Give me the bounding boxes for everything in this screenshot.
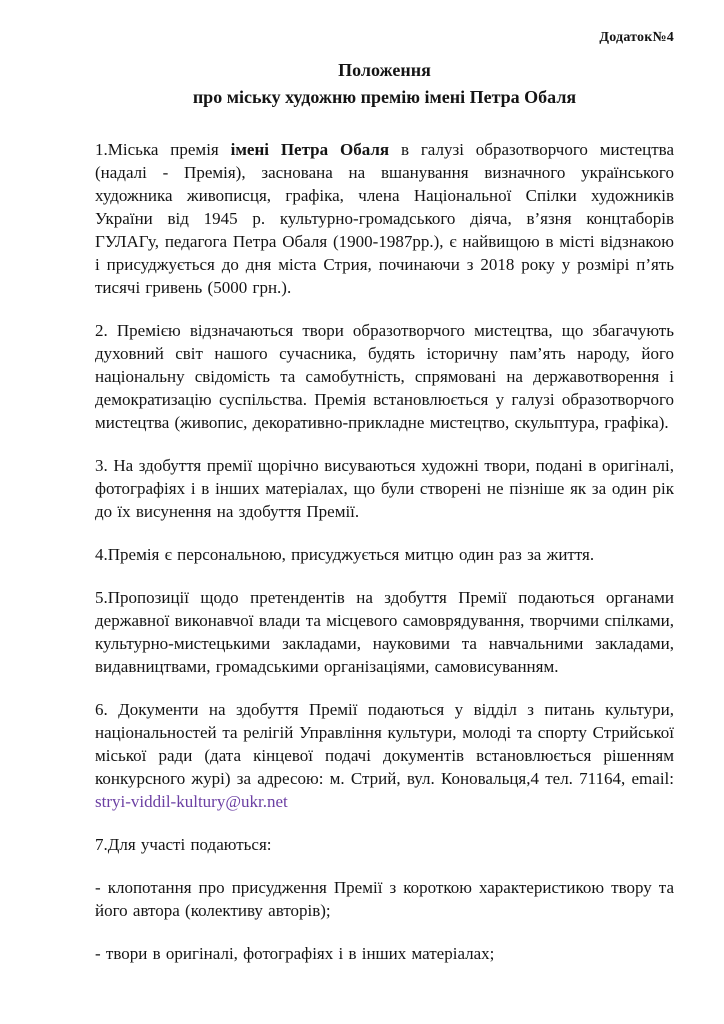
paragraph-6-text: 6. Документи на здобуття Премії подаютьс… <box>95 700 674 788</box>
paragraph-6: 6. Документи на здобуття Премії подаютьс… <box>95 698 674 813</box>
paragraph-4: 4.Премія є персональною, присуджується м… <box>95 543 674 566</box>
paragraph-3: 3. На здобуття премії щорічно висуваютьс… <box>95 454 674 523</box>
annex-label: Додаток№4 <box>95 30 674 46</box>
paragraph-1-prefix: 1.Міська премія <box>95 140 231 159</box>
paragraph-7: 7.Для участі подаються: <box>95 833 674 856</box>
bullet-item-1: - клопотання про присудження Премії з ко… <box>95 876 674 922</box>
email-link[interactable]: stryi-viddil-kultury@ukr.net <box>95 792 288 811</box>
document-subtitle: про міську художню премію імені Петра Об… <box>95 83 674 111</box>
paragraph-1: 1.Міська премія імені Петра Обаля в галу… <box>95 138 674 299</box>
paragraph-5: 5.Пропозиції щодо претендентів на здобут… <box>95 586 674 678</box>
document-page: Додаток№4 Положення про міську художню п… <box>0 0 724 1024</box>
paragraph-1-suffix: в галузі образотворчого мистецтва (надал… <box>95 140 674 297</box>
bullet-item-2: - твори в оригіналі, фотографіях і в інш… <box>95 942 674 965</box>
document-title: Положення <box>95 57 674 83</box>
paragraph-2: 2. Премією відзначаються твори образотво… <box>95 319 674 434</box>
prize-name-bold: імені Петра Обаля <box>231 140 389 159</box>
